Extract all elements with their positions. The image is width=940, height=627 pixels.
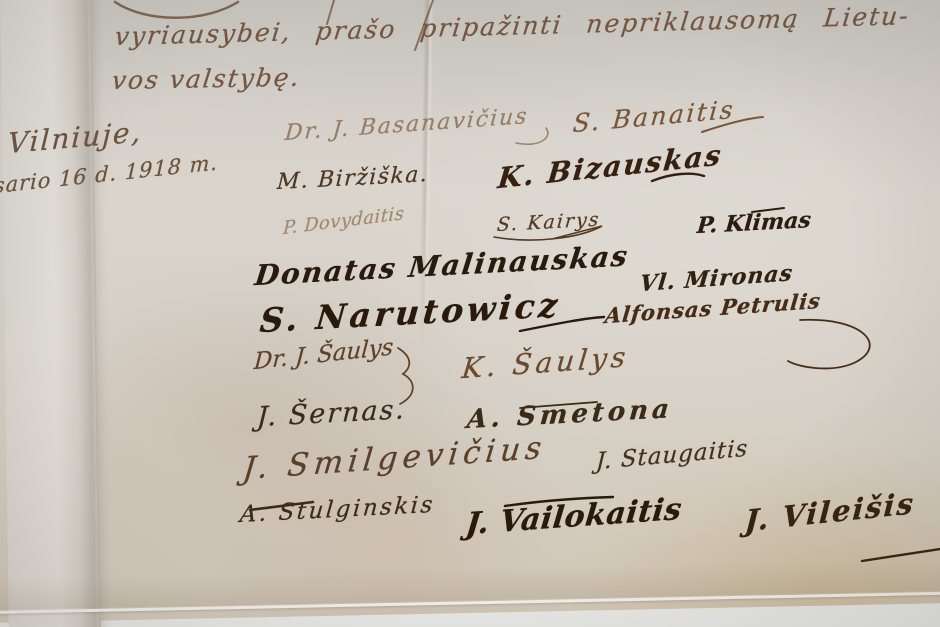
- document-photo: vyriausybei, prašo pripažinti nepriklaus…: [0, 0, 940, 627]
- body-text-line-2: vos valstybę.: [110, 63, 302, 95]
- left-fold-panel: [0, 0, 101, 627]
